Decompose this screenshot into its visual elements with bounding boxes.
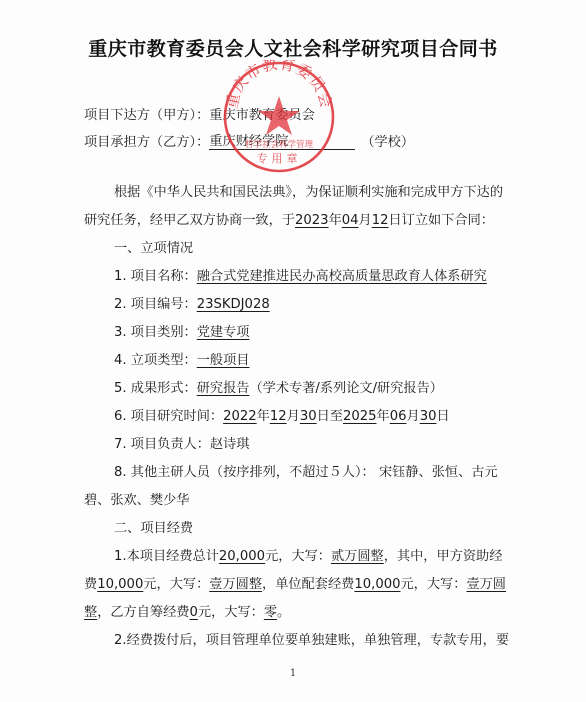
start-year: 2022 xyxy=(223,409,257,424)
item-label: 5. 成果形式： xyxy=(114,381,197,396)
item-output-form: 5. 成果形式：研究报告（学术专著/系列论文/研究报告） xyxy=(114,377,443,396)
intro-line-2: 研究任务，经甲乙双方协商一致，于2023年04月12日订立如下合同： xyxy=(84,209,494,228)
unit-caps-cont: 整 xyxy=(84,605,97,620)
year-unit: 年 xyxy=(257,409,270,424)
intro-prefix: 研究任务，经甲乙双方协商一致，于 xyxy=(84,213,295,228)
start-month: 12 xyxy=(270,409,287,424)
stamp-bottom-text: 专用章 xyxy=(257,151,302,165)
year-unit: 年 xyxy=(329,213,342,228)
party-a-amount: 10,000 xyxy=(97,577,143,592)
party-a-value: 重庆市教育委员会 xyxy=(209,108,315,123)
party-b-fill-line: 重庆财经学院 xyxy=(209,135,355,150)
item-note: （学术专著/系列论文/研究报告） xyxy=(249,381,443,396)
party-a-line: 项目下达方（甲方）：重庆市教育委员会 xyxy=(84,104,315,123)
page-number: 1 xyxy=(0,668,586,679)
leader-value: 赵诗琪 xyxy=(210,437,250,452)
day-unit: 日 xyxy=(436,409,449,424)
funding-mid: ，其中，甲方资助经 xyxy=(384,549,503,564)
funding-line-2: 费10,000元，大写：壹万圆整，单位配套经费10,000元，大写：壹万圆 xyxy=(84,573,506,592)
unit-text: 元，大写： xyxy=(143,577,209,592)
month-unit: 月 xyxy=(287,409,300,424)
item-value: 一般项目 xyxy=(197,353,250,368)
unit-amount: 10,000 xyxy=(354,577,400,592)
year-unit: 年 xyxy=(377,409,390,424)
stamp-top-text: 重庆市教育委员会 xyxy=(223,60,336,110)
to-text: 日至 xyxy=(317,409,343,424)
unit-caps: 壹万圆 xyxy=(466,577,506,592)
funding-l2-mid: ，单位配套经费 xyxy=(262,577,354,592)
leader-label: 7. 项目负责人： xyxy=(114,437,210,452)
funding-l3-mid: ，乙方自筹经费 xyxy=(97,605,189,620)
self-caps: 零 xyxy=(264,605,277,620)
svg-text:重庆市教育委员会: 重庆市教育委员会 xyxy=(223,60,336,110)
item-project-category: 3. 项目类别：党建专项 xyxy=(114,321,249,340)
party-a-caps: 壹万圆整 xyxy=(209,577,262,592)
start-day: 30 xyxy=(300,409,317,424)
members-value: 宋钰静、张恒、古元 xyxy=(375,465,498,480)
document-page: 重庆市教育委员会人文社会科学研究项目合同书 项目下达方（甲方）：重庆市教育委员会… xyxy=(0,0,586,702)
funding-total-caps: 贰万圆整 xyxy=(331,549,384,564)
item-members-line-1: 8. 其他主研人员（按序排列，不超过５人）： 宋钰静、张恒、古元 xyxy=(114,461,498,480)
unit-text: 元，大写： xyxy=(265,549,331,564)
intro-suffix: 日订立如下合同： xyxy=(389,213,495,228)
funding-total: 20,000 xyxy=(219,549,265,564)
month-unit: 月 xyxy=(407,409,420,424)
funding-line-1: 1.本项目经费总计20,000元，大写：贰万圆整，其中，甲方资助经 xyxy=(114,545,502,564)
end-day: 30 xyxy=(420,409,437,424)
party-a-label: 项目下达方（甲方）： xyxy=(84,108,209,123)
document-title: 重庆市教育委员会人文社会科学研究项目合同书 xyxy=(0,34,586,61)
intro-line-1: 根据《中华人民共和国民法典》，为保证顺利实施和完成甲方下达的 xyxy=(114,181,503,200)
contract-year: 2023 xyxy=(295,213,329,228)
item-project-name: 1. 项目名称：融合式党建推进民办高校高质量思政育人体系研究 xyxy=(114,265,487,284)
item-label: 1. 项目名称： xyxy=(114,269,197,284)
end-month: 06 xyxy=(390,409,407,424)
unit-text: 元，大写： xyxy=(198,605,264,620)
item-value: 融合式党建推进民办高校高质量思政育人体系研究 xyxy=(197,269,487,284)
contract-day: 12 xyxy=(372,213,389,228)
unit-text: 元，大写： xyxy=(401,577,467,592)
period-label: 6. 项目研究时间： xyxy=(114,409,223,424)
item-label: 3. 项目类别： xyxy=(114,325,197,340)
end-year: 2025 xyxy=(343,409,377,424)
party-b-line: 项目承担方（乙方）：重庆财经学院（学校） xyxy=(84,131,414,150)
contract-month: 04 xyxy=(342,213,359,228)
item-label: 2. 项目编号： xyxy=(114,297,197,312)
section1-heading: 一、立项情况 xyxy=(114,237,193,256)
funding-l2-prefix: 费 xyxy=(84,577,97,592)
members-label: 8. 其他主研人员（按序排列，不超过５人）： xyxy=(114,465,375,480)
party-b-value: 重庆财经学院 xyxy=(209,130,288,149)
item-value: 党建专项 xyxy=(197,325,250,340)
item-project-leader: 7. 项目负责人：赵诗琪 xyxy=(114,433,249,452)
item-research-period: 6. 项目研究时间：2022年12月30日至2025年06月30日 xyxy=(114,405,450,424)
item-value: 研究报告 xyxy=(197,381,250,396)
item-value: 23SKDJ028 xyxy=(197,297,270,312)
self-amount: 0 xyxy=(190,605,198,620)
party-b-label: 项目承担方（乙方）： xyxy=(84,135,209,150)
party-b-suffix: （学校） xyxy=(361,135,414,150)
month-unit: 月 xyxy=(359,213,372,228)
funding-p2: 2.经费拨付后，项目管理单位要单独建账，单独管理，专款专用，要 xyxy=(114,629,509,648)
item-project-number: 2. 项目编号：23SKDJ028 xyxy=(114,293,270,312)
item-label: 4. 立项类型： xyxy=(114,353,197,368)
funding-line-3: 整，乙方自筹经费0元，大写：零。 xyxy=(84,601,290,620)
item-project-type: 4. 立项类型：一般项目 xyxy=(114,349,249,368)
funding-prefix: 1.本项目经费总计 xyxy=(114,549,219,564)
period-mark: 。 xyxy=(277,605,290,620)
section2-heading: 二、项目经费 xyxy=(114,517,193,536)
item-members-line-2: 碧、张欢、樊少华 xyxy=(84,489,190,508)
